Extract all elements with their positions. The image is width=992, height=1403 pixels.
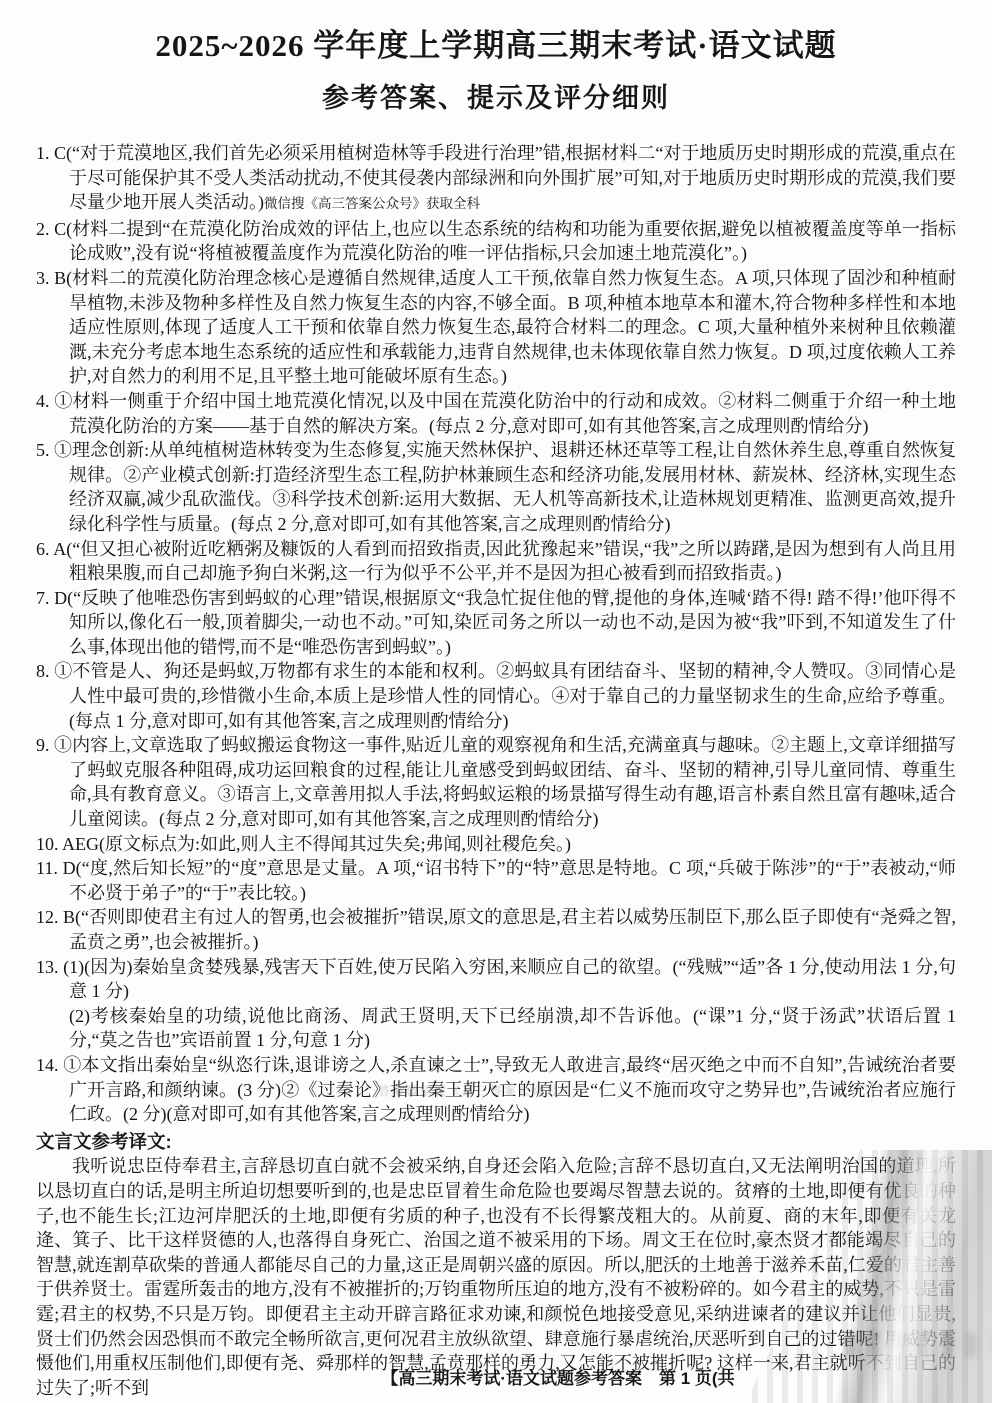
answer-number: 11. bbox=[36, 858, 63, 878]
answer-number: 14. bbox=[36, 1055, 63, 1075]
answer-number: 1. bbox=[36, 143, 54, 163]
answer-text: D(“反映了他唯恐伤害到蚂蚁的心理”错误,根据原文“我急忙捉住他的臂,提他的身体… bbox=[54, 588, 956, 657]
answer-item-10: 10. AEG(原文标点为:如此,则人主不得闻其过失矣;弗闻,则社稷危矣。) bbox=[36, 832, 956, 857]
answer-number: 7. bbox=[36, 588, 54, 608]
answer-number: 6. bbox=[36, 539, 53, 559]
answer-text: AEG(原文标点为:如此,则人主不得闻其过失矣;弗闻,则社稷危矣。) bbox=[62, 834, 571, 854]
answer-item-3: 3. B(材料二的荒漠化防治理念核心是遵循自然规律,适度人工干预,依靠自然力恢复… bbox=[36, 266, 956, 389]
answer-text: (2)考核秦始皇的功绩,说他比商汤、周武王贤明,天下已经崩溃,却不告诉他。(“课… bbox=[69, 1006, 956, 1051]
answer-item-5: 5. ①理念创新:从单纯植树造林转变为生态修复,实施天然林保护、退耕还林还草等工… bbox=[36, 438, 956, 536]
wechat-promo-note: 微信搜《高三答案公众号》获取全科 bbox=[264, 196, 480, 211]
answer-item-13: 13. (1)(因为)秦始皇贪婪残暴,残害天下百姓,使万民陷入穷困,来顺应自己的… bbox=[36, 955, 956, 1004]
answer-number: 8. bbox=[36, 661, 54, 681]
answer-item-2: 2. C(材料二提到“在荒漠化防治成效的评估上,也应以生态系统的结构和功能为重要… bbox=[36, 217, 956, 266]
answer-item-6: 6. A(“但又担心被附近吃粞粥及糠饭的人看到而招致指责,因此犹豫起来”错误,“… bbox=[36, 537, 956, 586]
answer-text: B(材料二的荒漠化防治理念核心是遵循自然规律,适度人工干预,依靠自然力恢复生态。… bbox=[54, 268, 956, 386]
answer-number: 9. bbox=[36, 735, 54, 755]
answer-number: 5. bbox=[36, 440, 54, 460]
answer-text: C(材料二提到“在荒漠化防治成效的评估上,也应以生态系统的结构和功能为重要依据,… bbox=[54, 219, 956, 264]
answer-text: ①理念创新:从单纯植树造林转变为生态修复,实施天然林保护、退耕还林还草等工程,让… bbox=[54, 440, 956, 534]
exam-answer-sheet-page: 2025~2026 学年度上学期高三期末考试·语文试题 参考答案、提示及评分细则… bbox=[0, 0, 992, 1403]
answer-item-8: 8. ①不管是人、狗还是蚂蚁,万物都有求生的本能和权利。②蚂蚁具有团结奋斗、坚韧… bbox=[36, 659, 956, 733]
answer-number: 2. bbox=[36, 219, 54, 239]
answer-item-7: 7. D(“反映了他唯恐伤害到蚂蚁的心理”错误,根据原文“我急忙捉住他的臂,提他… bbox=[36, 586, 956, 660]
answer-text: A(“但又担心被附近吃粞粥及糠饭的人看到而招致指责,因此犹豫起来”错误,“我”之… bbox=[53, 539, 956, 584]
answer-item-4: 4. ①材料一侧重于介绍中国土地荒漠化情况,以及中国在荒漠化防治中的行动和成效。… bbox=[36, 389, 956, 438]
answer-number: 10. bbox=[36, 834, 62, 854]
answer-text: (1)(因为)秦始皇贪婪残暴,残害天下百姓,使万民陷入穷困,来顺应自己的欲望。(… bbox=[63, 957, 956, 1002]
answer-text: D(“度,然后知长短”的“度”意思是丈量。A 项,“诏书特下”的“特”意思是特地… bbox=[63, 858, 956, 903]
page-title: 2025~2026 学年度上学期高三期末考试·语文试题 bbox=[0, 0, 992, 65]
answer-item-9: 9. ①内容上,文章选取了蚂蚁搬运食物这一事件,贴近儿童的观察视角和生活,充满童… bbox=[36, 733, 956, 831]
answer-number: 4. bbox=[36, 391, 54, 411]
answer-text: C(“对于荒漠地区,我们首先必须采用植树造林等手段进行治理”错,根据材料二“对于… bbox=[54, 143, 956, 212]
answer-text: B(“否则即使君主有过人的智勇,也会被摧折”错误,原文的意思是,君主若以威势压制… bbox=[63, 907, 956, 952]
answer-text: ①内容上,文章选取了蚂蚁搬运食物这一事件,贴近儿童的观察视角和生活,充满童真与趣… bbox=[54, 735, 956, 829]
page-subtitle: 参考答案、提示及评分细则 bbox=[0, 76, 992, 115]
answer-number: 3. bbox=[36, 268, 54, 288]
faint-watermark-text: 答案微信搜《高三答案公众号》 bbox=[378, 1082, 574, 1099]
answer-item-11: 11. D(“度,然后知长短”的“度”意思是丈量。A 项,“诏书特下”的“特”意… bbox=[36, 856, 956, 905]
answer-text: ①材料一侧重于介绍中国土地荒漠化情况,以及中国在荒漠化防治中的行动和成效。②材料… bbox=[54, 391, 956, 436]
answer-number: 12. bbox=[36, 907, 63, 927]
answer-item-13-part-2: (2)考核秦始皇的功绩,说他比商汤、周武王贤明,天下已经崩溃,却不告诉他。(“课… bbox=[69, 1004, 956, 1053]
answer-item-1: 1. C(“对于荒漠地区,我们首先必须采用植树造林等手段进行治理”错,根据材料二… bbox=[36, 141, 956, 217]
answer-item-12: 12. B(“否则即使君主有过人的智勇,也会被摧折”错误,原文的意思是,君主若以… bbox=[36, 905, 956, 954]
answer-text: ①不管是人、狗还是蚂蚁,万物都有求生的本能和权利。②蚂蚁具有团结奋斗、坚韧的精神… bbox=[54, 661, 956, 730]
translation-heading: 文言文参考译文: bbox=[36, 1130, 956, 1155]
answer-number: 13. bbox=[36, 957, 63, 977]
